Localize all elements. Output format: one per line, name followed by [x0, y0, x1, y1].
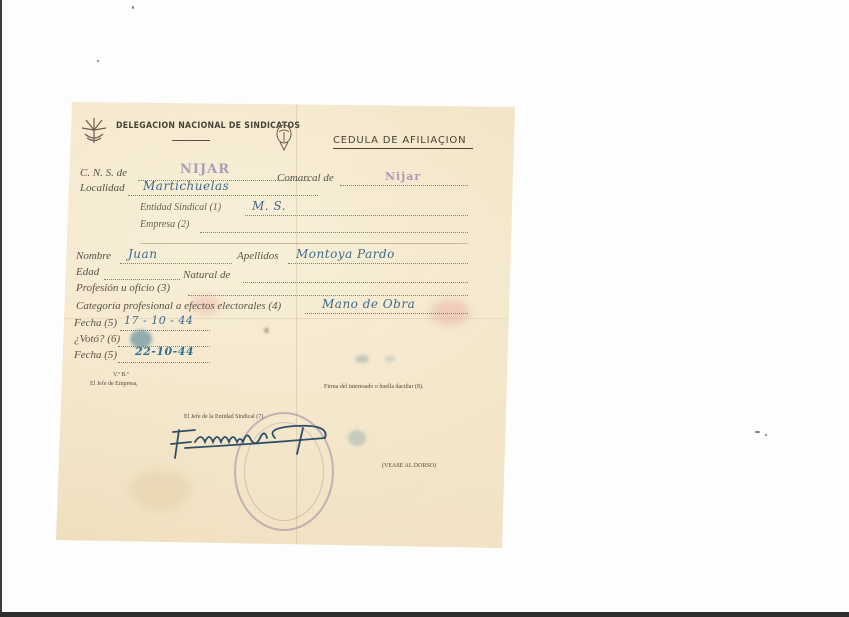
entidad-label: Entidad Sindical (1) [140, 202, 221, 213]
section-divider [140, 243, 468, 244]
ink-transfer [385, 356, 395, 362]
fecha2-label: Fecha (5) [74, 349, 117, 361]
cns-label: C. N. S. de [80, 167, 127, 179]
edad-line [104, 279, 180, 280]
empresa-line [200, 232, 468, 233]
fecha2-value[interactable]: 22-10-44 [135, 345, 194, 358]
nombre-value[interactable]: Juan [128, 247, 157, 261]
signature [165, 418, 335, 468]
apellidos-value[interactable]: Montoya Pardo [296, 247, 395, 261]
categoria-label: Categoría profesional a efectos electora… [76, 300, 281, 312]
fecha1-value[interactable]: 17 - 10 - 44 [124, 314, 193, 327]
apellidos-line [288, 263, 468, 264]
title-underline [333, 148, 473, 149]
edad-label: Edad [76, 266, 99, 278]
profesion-line [188, 295, 468, 296]
profesion-label: Profesión u oficio (3) [76, 282, 170, 294]
categoria-line [305, 313, 468, 314]
natural-line [243, 282, 468, 283]
apellidos-label: Apellidos [237, 250, 279, 262]
vb-text: V.º B.º [113, 372, 129, 378]
fecha1-label: Fecha (5) [74, 317, 117, 329]
empresa-label: Empresa (2) [140, 219, 189, 230]
fecha2-line [118, 362, 210, 363]
affiliation-card: DELEGACION NACIONAL DE SINDICATOS CEDULA… [0, 0, 849, 617]
entidad-value[interactable]: M. S. [252, 199, 286, 213]
ink-dot [265, 328, 268, 333]
yoke-and-arrows-icon [80, 116, 108, 144]
comarcal-line [340, 185, 468, 186]
nombre-label: Nombre [76, 250, 111, 262]
voto-label: ¿Votó? (6) [74, 333, 120, 345]
ink-transfer [348, 430, 366, 446]
comarcal-label: Comarcal de [277, 172, 334, 184]
header-rule [172, 140, 210, 141]
nombre-line [120, 263, 232, 264]
firma-interesado-text: Firma del interesado o huella dactilar (… [324, 384, 423, 390]
localidad-line [128, 195, 318, 196]
categoria-value[interactable]: Mano de Obra [322, 297, 415, 311]
localidad-value[interactable]: Martichuelas [143, 179, 229, 193]
localidad-label: Localidad [80, 182, 125, 194]
entidad-line [245, 215, 468, 216]
scan-bottom-edge [0, 612, 849, 617]
comarcal-value[interactable]: Nijar [385, 170, 421, 183]
vease-al-dorso-text: (VEASE AL DORSO) [382, 463, 436, 469]
natural-label: Natural de [183, 269, 230, 281]
union-emblem-icon [275, 124, 293, 152]
ink-transfer [355, 355, 369, 363]
jefe-empresa-text: El Jefe de Empresa, [90, 381, 138, 387]
document-title: CEDULA DE AFILIAÇION [333, 135, 466, 146]
organization-name: DELEGACION NACIONAL DE SINDICATOS [116, 121, 300, 131]
cns-value[interactable]: NIJAR [180, 162, 230, 177]
